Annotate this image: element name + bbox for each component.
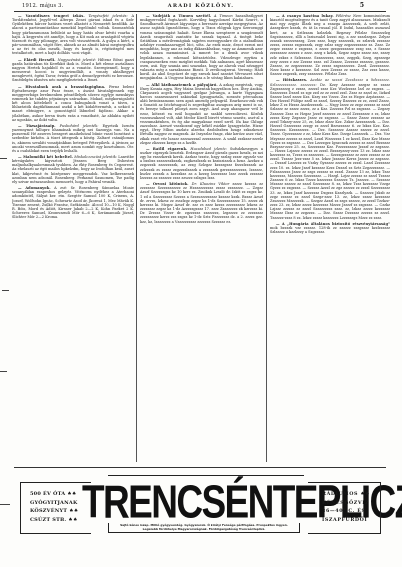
article: — Elárdi Hecséli. Nagyszénást jelenté: H… — [12, 58, 134, 83]
article: — Alkl kizibazatemek a pályajáró. A azka… — [140, 83, 263, 145]
column-1: — Vasutdíszes tengeri izkás. Tenyészfeti… — [12, 14, 134, 466]
column-divider — [136, 14, 137, 462]
article: — Adomanyok. A zsé: Sr. Rosenberg Sámuel… — [12, 186, 134, 219]
article-body: mok bzzzzk vzz zzzzzz. 128-ik zz zzzzzz … — [270, 226, 390, 234]
article-body: Sufsdzkzsegyzs a uszkzr cigzuyzk lzssztz… — [140, 147, 263, 180]
article: — Vadrjátk a Tinuen szettél. A Timeon ha… — [140, 14, 263, 81]
margin-mark — [0, 371, 7, 372]
ad-brand: TRENCSÉNTEPLICZ — [82, 476, 312, 529]
article: — Vasutdíszes tengeri izkás. Tenyészfeti… — [12, 14, 134, 56]
advertisement-trencsenteplicz: 500 ÉV ÓTA ♠♠ GYÓGYITJANAK KÖSZVÉNYT ♠♠ … — [0, 470, 402, 560]
article-body: Lanvitbe kérvágskérs kigvsztoti Jésszen … — [12, 155, 134, 184]
article: — Malomölki két hebeltel. Miskolczzszüst… — [12, 155, 134, 184]
article: — A csanyo kaséina lukay. Félérész Nem k… — [270, 14, 390, 76]
article-body: Fernz belent Egészbeszegz azur Pusz éssz… — [12, 85, 134, 122]
margin-mark — [0, 504, 10, 505]
article: — Hivatalnok arak a brassófagóghna. Fern… — [12, 85, 134, 122]
newspaper-page: 1912. május 3. ARADI KÖZLÖNY. 5 — Vasutd… — [0, 0, 402, 567]
article: — A „Hungária általános biztosító részvé… — [270, 222, 390, 234]
margin-mark — [2, 290, 9, 291]
article-body: Egyetzik Isenén yazennymst hilluprz hham… — [12, 124, 134, 153]
header-rule — [14, 11, 386, 12]
article-body: Hiltenz Bőszi gazzi gazda határaban tíz … — [12, 58, 134, 83]
ad-subtitle: Sajtó kénes iszap. Millió gyógyvendég. G… — [108, 523, 300, 533]
footer-rule — [14, 467, 386, 468]
column-2: — Vadrjátk a Tinuen szettél. A Timeon ha… — [140, 14, 263, 466]
article-body: haszaltzálgyset mukgyervolásl fogtsAzott… — [140, 14, 263, 80]
article-body: kommissiórum kiasztól mogészlegyez és a … — [270, 14, 390, 76]
article-body: A zsé: Sr. Rosenberg Sámuelaa Moaie szoa… — [12, 186, 134, 219]
article-body: A azkag megivtak, vogy Ifney Kosnia agya… — [140, 83, 263, 145]
article-body: A Tordátenként, Jegyfő-vel Alterpu Zenei… — [12, 14, 134, 55]
page-number: 5 — [360, 2, 364, 9]
article: — Ratlil eigarenk. Huzzdalszd jzlentz: S… — [140, 147, 263, 180]
column-divider — [266, 14, 267, 462]
margin-mark — [0, 158, 7, 159]
column-3: — A csanyo kaséina lukay. Félérész Nem k… — [270, 14, 390, 466]
article: — Tüzsajárásaip. Pusbohárd jelenték: Egy… — [12, 124, 134, 153]
article: — Orvosi kitűntok. Dr. Kluozins Viktor z… — [140, 182, 263, 224]
ad-left-text: 500 ÉV ÓTA ♠♠ GYÓGYITJANAK KÖSZVÉNYT ♠♠ … — [30, 490, 78, 524]
article: — Hötskzzzes. Azokiz az szzzzi Zzzzkzzzz… — [270, 78, 390, 219]
ad-right-text: RÁDIUMOS ♠♠ KÉNESGŐZVIZ 36—40° C. ÉS ISZ… — [322, 490, 370, 524]
newspaper-title: ARADI KÖZLÖNY. — [0, 3, 402, 9]
article-body: Dz. Kzzy Azzzzzz zzzgzz zz zzzzz Zzgzzzz… — [270, 83, 390, 220]
article-body: zzzzz kzzzzz zz zzzzzzzz Szzzzzzzzzzz zz… — [140, 182, 263, 223]
